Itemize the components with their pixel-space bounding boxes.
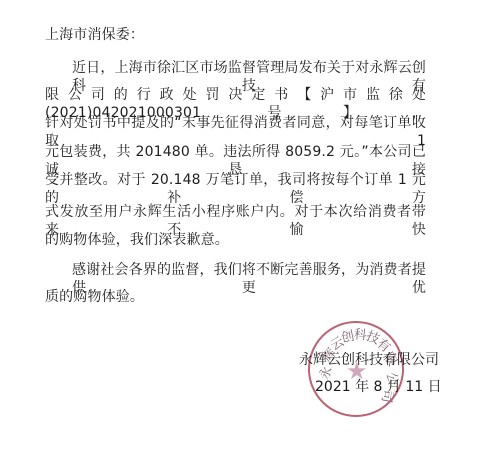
- paragraph-1-line-7: 的购物体验，我们深表歉意。: [45, 231, 426, 249]
- signature-company: 永辉云创科技有限公司: [299, 351, 439, 369]
- signature-date: 2021 年 8 月 11 日: [315, 378, 442, 396]
- paragraph-2-line-2: 质的购物体验。: [45, 288, 426, 306]
- paragraph-1-line-5: 受并整改。对于 20.148 万笔订单，我司将按每个订单 1 元的补偿方: [45, 171, 426, 207]
- letter-page: 上海市消保委： 近日，上海市徐汇区市场监督管理局发布关于对永辉云创科技有 限公司…: [0, 0, 500, 473]
- salutation: 上海市消保委：: [45, 26, 426, 44]
- company-seal: 永 辉 云 创 科 技 有 限 公 司 ★: [308, 321, 404, 417]
